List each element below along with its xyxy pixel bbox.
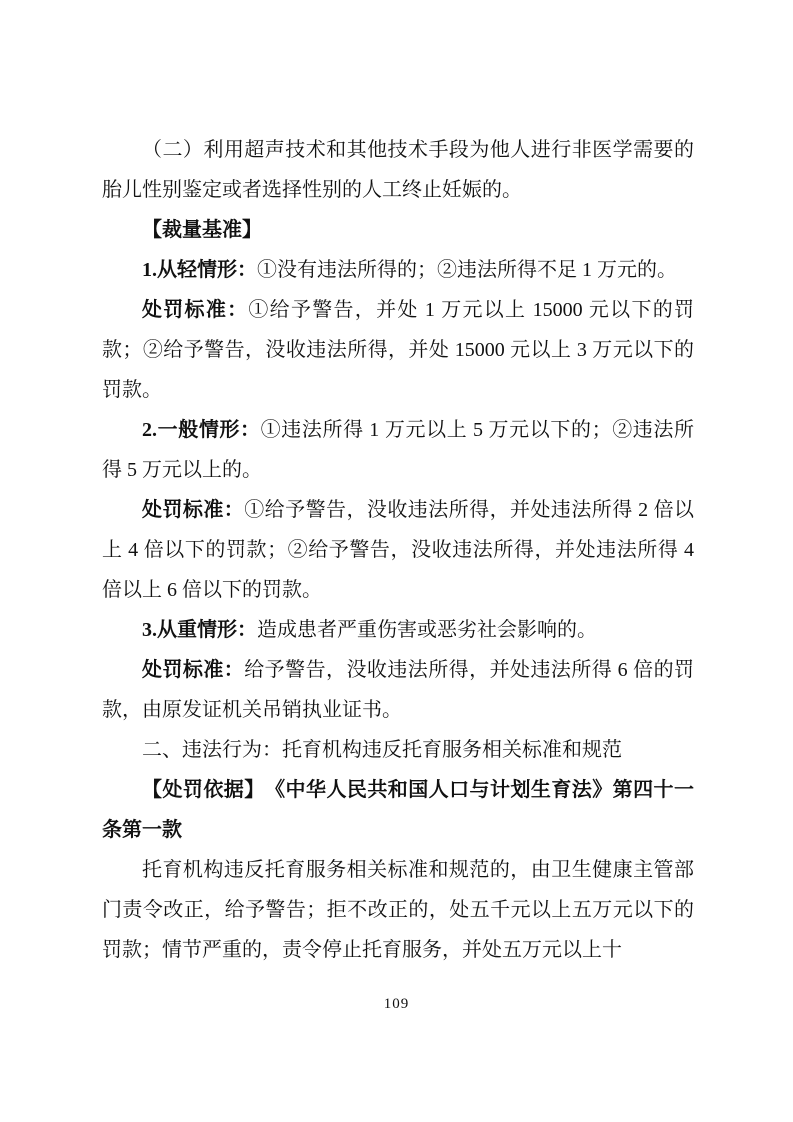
- emphasis-text: 【处罚依据】 《中华人民共和国人口与计划生育法》第四十一条第一款: [102, 779, 694, 841]
- emphasis-text: 3.从重情形：: [142, 619, 257, 641]
- emphasis-text: 【裁量基准】: [142, 219, 262, 241]
- para-penalty-basis: 【处罚依据】 《中华人民共和国人口与计划生育法》第四十一条第一款: [102, 770, 694, 850]
- body-text: 二、违法行为：托育机构违反托育服务相关标准和规范: [142, 739, 622, 761]
- page-number: 109: [384, 996, 410, 1012]
- para-general-circumstance: 2.一般情形：①违法所得 1 万元以上 5 万元以下的；②违法所得 5 万元以上…: [102, 410, 694, 490]
- para-penalty-standard-1: 处罚标准：①给予警告，并处 1 万元以上 15000 元以下的罚款；②给予警告，…: [102, 290, 694, 410]
- para-item-two: （二）利用超声技术和其他技术手段为他人进行非医学需要的胎儿性别鉴定或者选择性别的…: [102, 130, 694, 210]
- emphasis-text: 处罚标准：: [142, 299, 248, 321]
- body-text: 造成患者严重伤害或恶劣社会影响的。: [257, 619, 597, 641]
- document-content: （二）利用超声技术和其他技术手段为他人进行非医学需要的胎儿性别鉴定或者选择性别的…: [102, 130, 694, 970]
- body-text: ①没有违法所得的；②违法所得不足 1 万元的。: [257, 259, 677, 281]
- para-penalty-standard-2: 处罚标准：①给予警告，没收违法所得，并处违法所得 2 倍以上 4 倍以下的罚款；…: [102, 490, 694, 610]
- emphasis-text: 处罚标准：: [142, 499, 244, 521]
- para-severe-circumstance: 3.从重情形：造成患者严重伤害或恶劣社会影响的。: [102, 610, 694, 650]
- emphasis-text: 2.一般情形：: [142, 419, 261, 441]
- para-illegal-act-two: 二、违法行为：托育机构违反托育服务相关标准和规范: [102, 730, 694, 770]
- page-footer: 109: [0, 995, 793, 1013]
- body-text: （二）利用超声技术和其他技术手段为他人进行非医学需要的胎儿性别鉴定或者选择性别的…: [102, 139, 694, 201]
- para-penalty-standard-3: 处罚标准：给予警告，没收违法所得，并处违法所得 6 倍的罚款，由原发证机关吊销执…: [102, 650, 694, 730]
- body-text: 托育机构违反托育服务相关标准和规范的，由卫生健康主管部门责令改正，给予警告；拒不…: [102, 859, 694, 961]
- para-childcare-provision: 托育机构违反托育服务相关标准和规范的，由卫生健康主管部门责令改正，给予警告；拒不…: [102, 850, 694, 970]
- document-page: （二）利用超声技术和其他技术手段为他人进行非医学需要的胎儿性别鉴定或者选择性别的…: [0, 0, 793, 1122]
- emphasis-text: 处罚标准：: [142, 659, 244, 681]
- para-heading-discretion-benchmark: 【裁量基准】: [102, 210, 694, 250]
- para-lenient-circumstance: 1.从轻情形：①没有违法所得的；②违法所得不足 1 万元的。: [102, 250, 694, 290]
- emphasis-text: 1.从轻情形：: [142, 259, 257, 281]
